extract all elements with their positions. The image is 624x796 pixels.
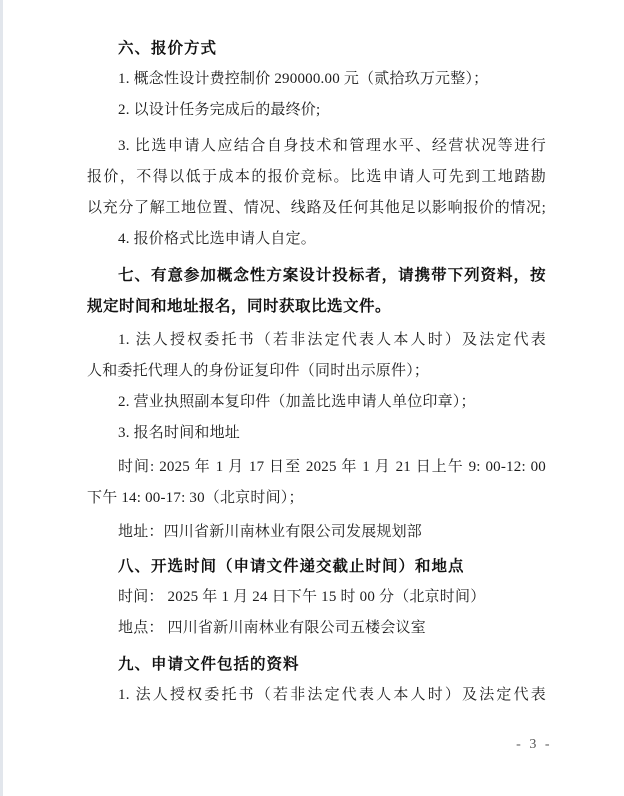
document-content: 六、报价方式 1. 概念性设计费控制价 290000.00 元（贰拾玖万元整）；…: [87, 33, 546, 711]
registration-item-1-line-2: 人和委托代理人的身份证复印件（同时出示原件）；: [87, 356, 546, 387]
section-registration-heading-line-1: 七、有意参加概念性方案设计投标者，请携带下列资料，按: [87, 260, 546, 291]
section-opening-heading: 八、开选时间（申请文件递交截止时间）和地点: [87, 551, 546, 582]
pricing-item-2: 2. 以设计任务完成后的最终价;: [87, 95, 546, 126]
section-pricing-heading: 六、报价方式: [87, 33, 546, 64]
section-registration-heading-line-2: 规定时间和地址报名，同时获取比选文件。: [87, 291, 546, 322]
registration-time-line-1: 时间: 2025 年 1 月 17 日至 2025 年 1 月 21 日上午 9…: [87, 452, 546, 483]
opening-place: 地点： 四川省新川南林业有限公司五楼会议室: [87, 613, 546, 644]
page-left-edge-shading: [0, 0, 3, 796]
registration-item-3: 3. 报名时间和地址: [87, 418, 546, 449]
opening-time: 时间： 2025 年 1 月 24 日下午 15 时 00 分（北京时间）: [87, 582, 546, 613]
pricing-item-4: 4. 报价格式比选申请人自定。: [87, 224, 546, 255]
registration-item-2: 2. 营业执照副本复印件（加盖比选申请人单位印章）；: [87, 387, 546, 418]
section-application-docs-heading: 九、申请文件包括的资料: [87, 649, 546, 680]
registration-address: 地址：四川省新川南林业有限公司发展规划部: [87, 517, 546, 548]
page-number: - 3 -: [516, 737, 552, 753]
registration-time-line-2: 下午 14: 00-17: 30（北京时间）；: [87, 483, 546, 514]
pricing-item-3-line-3: 以充分了解工地位置、情况、线路及任何其他足以影响报价的情况;: [87, 193, 546, 224]
application-docs-item-1: 1. 法人授权委托书（若非法定代表人本人时）及法定代表: [87, 680, 546, 711]
pricing-item-3-line-2: 报价，不得以低于成本的报价竞标。比选申请人可先到工地踏勘: [87, 162, 546, 193]
document-page: 六、报价方式 1. 概念性设计费控制价 290000.00 元（贰拾玖万元整）；…: [0, 0, 624, 796]
pricing-item-1: 1. 概念性设计费控制价 290000.00 元（贰拾玖万元整）；: [87, 64, 546, 95]
registration-item-1-line-1: 1. 法人授权委托书（若非法定代表人本人时）及法定代表: [87, 325, 546, 356]
pricing-item-3-line-1: 3. 比选申请人应结合自身技术和管理水平、经营状况等进行: [87, 131, 546, 162]
